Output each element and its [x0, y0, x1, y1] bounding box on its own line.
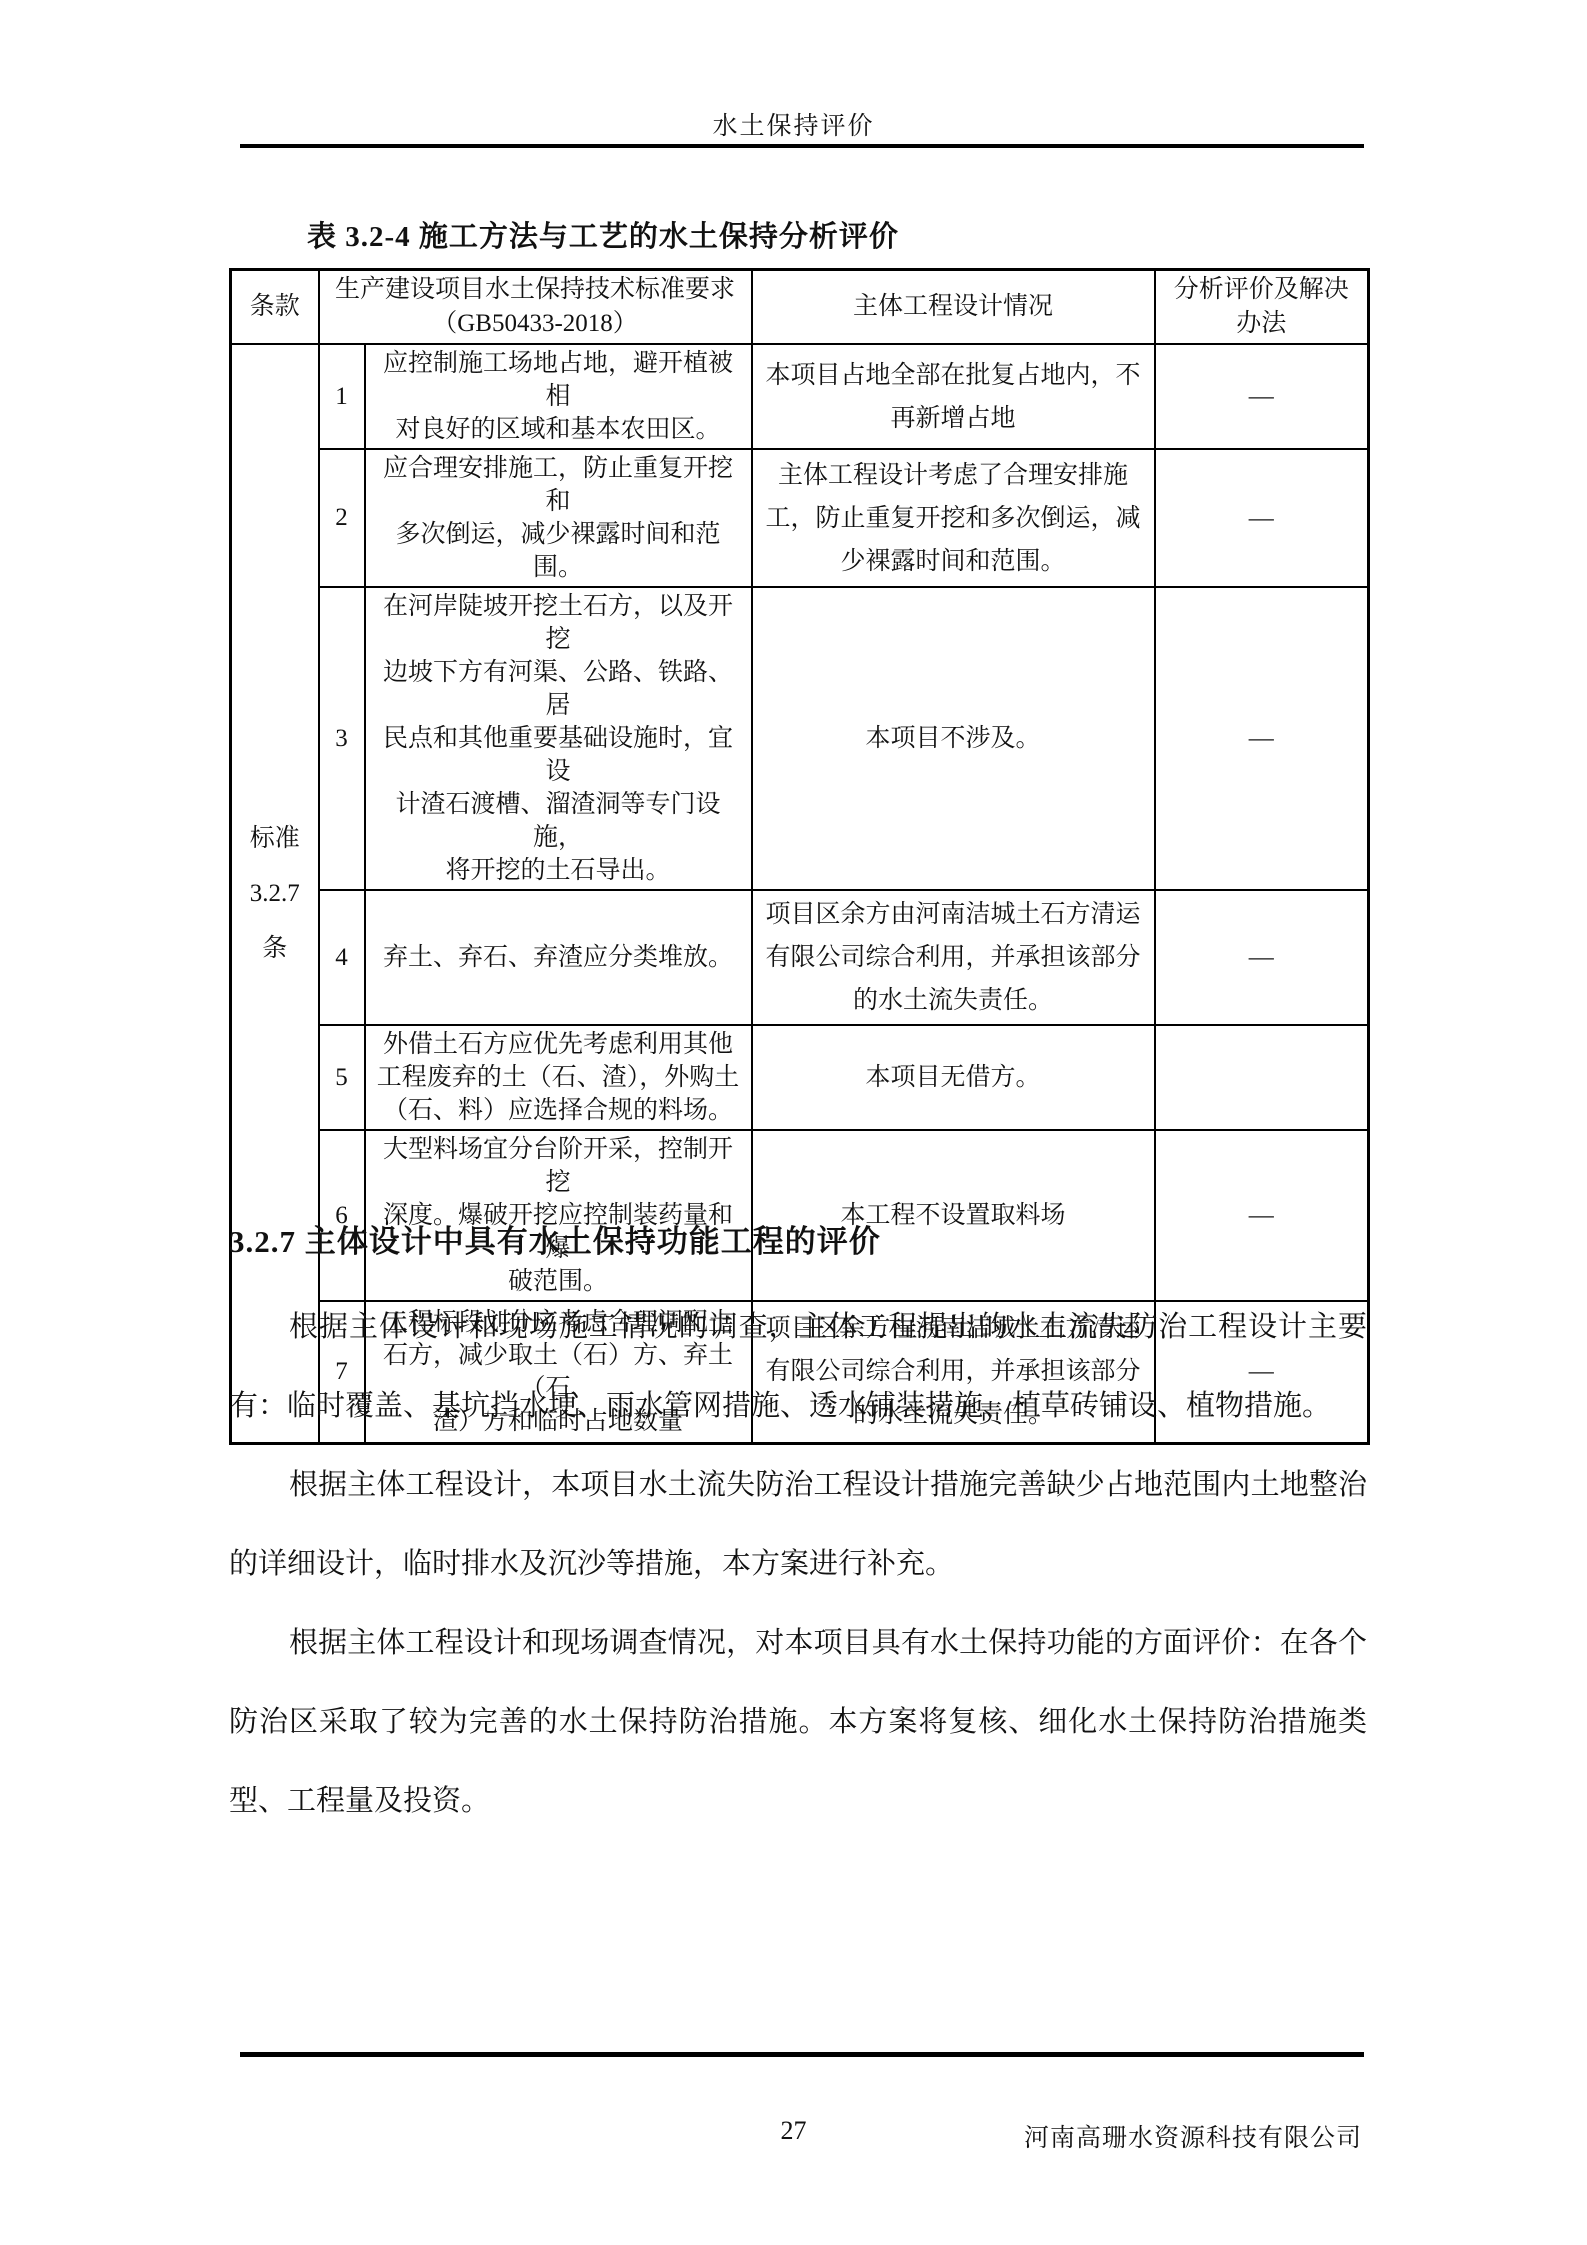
header-clause: 条款	[231, 270, 319, 345]
design-cell: 本项目占地全部在批复占地内，不 再新增占地	[752, 344, 1155, 449]
header-requirement: 生产建设项目水土保持技术标准要求 （GB50433-2018）	[319, 270, 752, 345]
analysis-cell: —	[1155, 587, 1369, 890]
page-header-title: 水土保持评价	[0, 106, 1587, 142]
table-row: 5 外借土石方应优先考虑利用其他 工程废弃的土（石、渣），外购土 （石、料）应选…	[231, 1025, 1369, 1130]
paragraph: 根据主体设计和现场施工情况的调查，主体工程提出的水土流失防治工程设计主要有：临时…	[229, 1288, 1367, 1446]
paragraph: 根据主体工程设计和现场调查情况，对本项目具有水土保持功能的方面评价：在各个防治区…	[229, 1604, 1367, 1841]
design-cell: 主体工程设计考虑了合理安排施 工，防止重复开挖和多次倒运，减 少裸露时间和范围。	[752, 449, 1155, 587]
table-row: 标准 3.2.7 条 1 应控制施工场地占地，避开植被相 对良好的区域和基本农田…	[231, 344, 1369, 449]
design-cell: 项目区余方由河南洁城土石方清运 有限公司综合利用，并承担该部分 的水土流失责任。	[752, 890, 1155, 1025]
row-number: 2	[319, 449, 365, 587]
row-number: 1	[319, 344, 365, 449]
clause-group-cell: 标准 3.2.7 条	[231, 344, 319, 1443]
row-number: 4	[319, 890, 365, 1025]
requirement-cell: 在河岸陡坡开挖土石方，以及开挖 边坡下方有河渠、公路、铁路、居 民点和其他重要基…	[365, 587, 752, 890]
requirement-cell: 应合理安排施工，防止重复开挖和 多次倒运，减少裸露时间和范围。	[365, 449, 752, 587]
header-design: 主体工程设计情况	[752, 270, 1155, 345]
section-heading: 3.2.7 主体设计中具有水土保持功能工程的评价	[229, 1216, 1367, 1261]
evaluation-table: 条款 生产建设项目水土保持技术标准要求 （GB50433-2018） 主体工程设…	[229, 268, 1370, 1445]
footer-rule	[240, 2052, 1364, 2057]
requirement-cell: 外借土石方应优先考虑利用其他 工程废弃的土（石、渣），外购土 （石、料）应选择合…	[365, 1025, 752, 1130]
analysis-cell	[1155, 1025, 1369, 1130]
header-rule	[240, 144, 1364, 148]
row-number: 3	[319, 587, 365, 890]
design-cell: 本项目无借方。	[752, 1025, 1155, 1130]
requirement-cell: 应控制施工场地占地，避开植被相 对良好的区域和基本农田区。	[365, 344, 752, 449]
table-header-row: 条款 生产建设项目水土保持技术标准要求 （GB50433-2018） 主体工程设…	[231, 270, 1369, 345]
body-text: 根据主体设计和现场施工情况的调查，主体工程提出的水土流失防治工程设计主要有：临时…	[229, 1288, 1367, 1841]
footer-company: 河南高珊水资源科技有限公司	[1024, 2118, 1362, 2154]
requirement-cell: 弃土、弃石、弃渣应分类堆放。	[365, 890, 752, 1025]
document-page: 水土保持评价 表 3.2-4 施工方法与工艺的水土保持分析评价 条款 生产建设项…	[0, 0, 1587, 2245]
header-analysis: 分析评价及解决 办法	[1155, 270, 1369, 345]
row-number: 5	[319, 1025, 365, 1130]
table-row: 2 应合理安排施工，防止重复开挖和 多次倒运，减少裸露时间和范围。 主体工程设计…	[231, 449, 1369, 587]
table-title: 表 3.2-4 施工方法与工艺的水土保持分析评价	[307, 214, 899, 255]
analysis-cell: —	[1155, 449, 1369, 587]
analysis-cell: —	[1155, 890, 1369, 1025]
table-row: 4 弃土、弃石、弃渣应分类堆放。 项目区余方由河南洁城土石方清运 有限公司综合利…	[231, 890, 1369, 1025]
design-cell: 本项目不涉及。	[752, 587, 1155, 890]
paragraph: 根据主体工程设计，本项目水土流失防治工程设计措施完善缺少占地范围内土地整治的详细…	[229, 1446, 1367, 1604]
analysis-cell: —	[1155, 344, 1369, 449]
table-row: 3 在河岸陡坡开挖土石方，以及开挖 边坡下方有河渠、公路、铁路、居 民点和其他重…	[231, 587, 1369, 890]
